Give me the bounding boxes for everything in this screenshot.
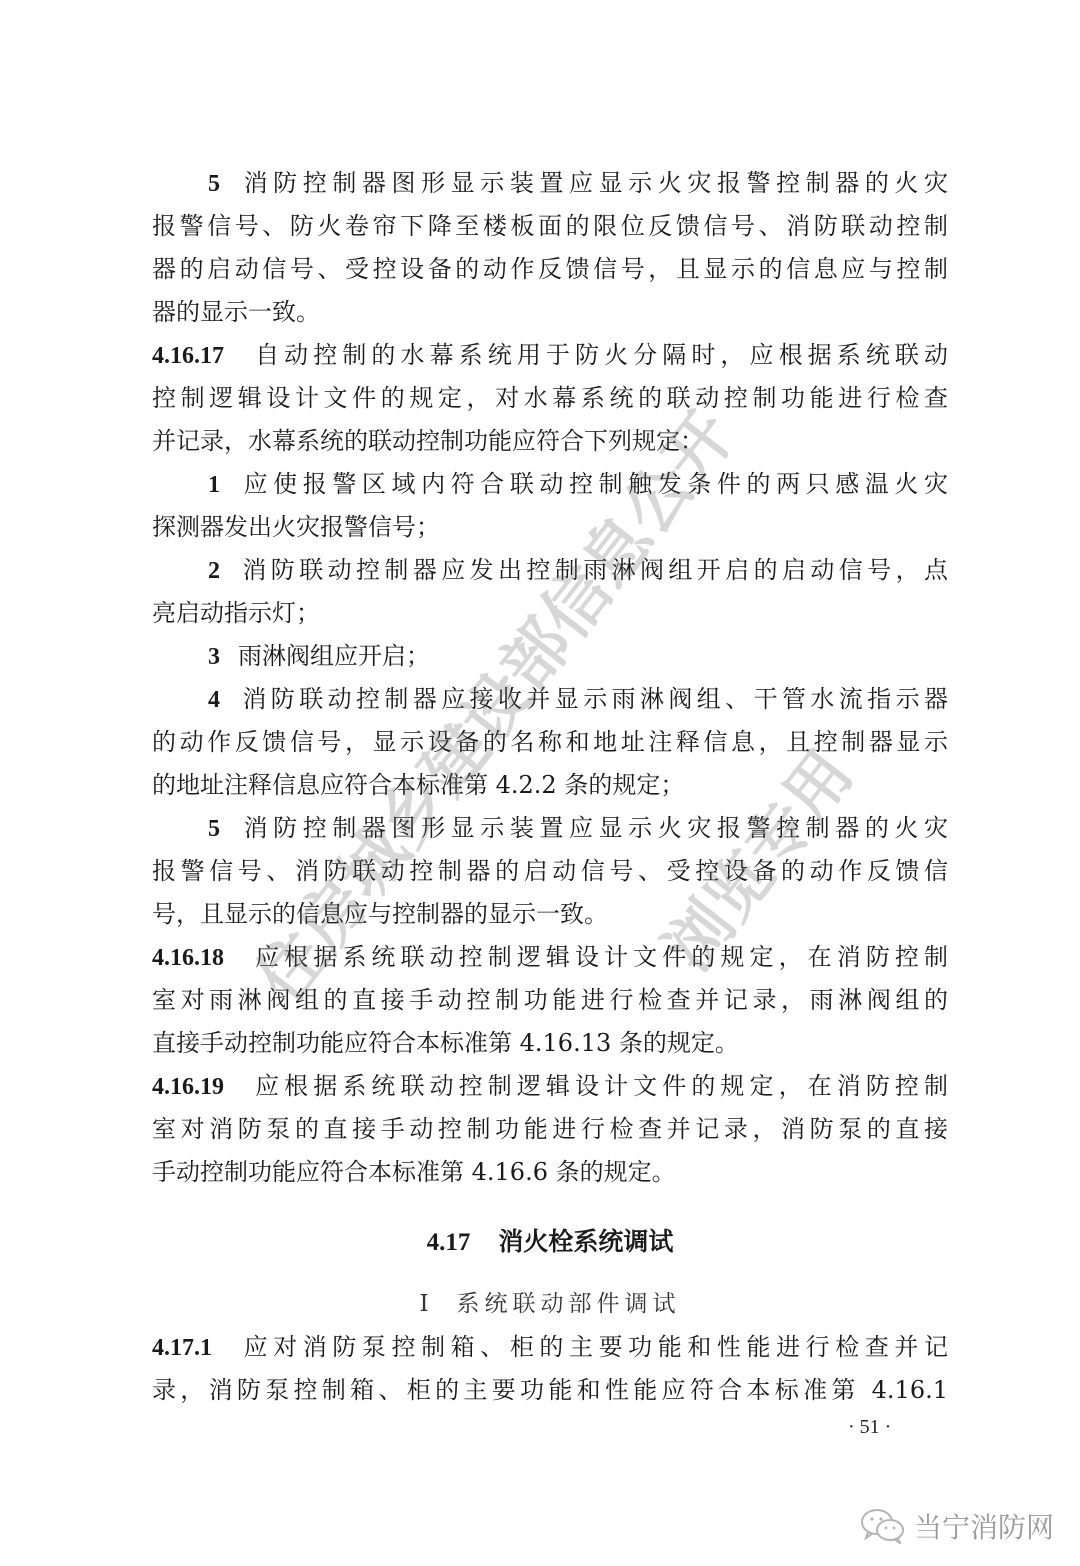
list-item: 1应使报警区域内符合联动控制触发条件的两只感温火灾 — [152, 463, 948, 506]
text-line: 器的启动信号、受控设备的动作反馈信号，且显示的信息应与控制 — [152, 248, 948, 291]
section-heading: 4.17消火栓系统调试 — [152, 1220, 948, 1264]
clause-number: 4.16.19 — [152, 1074, 224, 1100]
text-line: 手动控制功能应符合本标准第 4.16.6 条的规定。 — [152, 1151, 948, 1194]
text-line: 的地址注释信息应符合本标准第 4.2.2 条的规定； — [152, 764, 948, 807]
text-line: 报警信号、防火卷帘下降至楼板面的限位反馈信号、消防联动控制 — [152, 205, 948, 248]
text-line: 的动作反馈信号，显示设备的名称和地址注释信息，且控制器显示 — [152, 721, 948, 764]
sub-heading: Ⅰ系统联动部件调试 — [152, 1283, 948, 1326]
list-item: 3雨淋阀组应开启； — [152, 635, 948, 678]
clause-line: 4.16.18应根据系统联动控制逻辑设计文件的规定，在消防控制 — [152, 936, 948, 979]
text-line: 亮启动指示灯； — [152, 592, 948, 635]
text-line: 号，且显示的信息应与控制器的显示一致。 — [152, 893, 948, 936]
text-line: 室对雨淋阀组的直接手动控制功能进行检查并记录，雨淋阀组的 — [152, 979, 948, 1022]
clause-line: 4.17.1应对消防泵控制箱、柜的主要功能和性能进行检查并记 — [152, 1326, 948, 1369]
brand-watermark: 当宁消防网 — [860, 1506, 1054, 1546]
text-line: 直接手动控制功能应符合本标准第 4.16.13 条的规定。 — [152, 1022, 948, 1065]
text-line: 5消防控制器图形显示装置应显示火灾报警控制器的火灾 — [152, 162, 948, 205]
clause-number: 4.16.18 — [152, 945, 224, 971]
list-item: 4消防联动控制器应接收并显示雨淋阀组、干管水流指示器 — [152, 678, 948, 721]
text-line: 器的显示一致。 — [152, 291, 948, 334]
clause-number: 4.16.17 — [152, 343, 224, 369]
list-item: 5消防控制器图形显示装置应显示火灾报警控制器的火灾 — [152, 807, 948, 850]
brand-name: 当宁消防网 — [914, 1506, 1054, 1546]
clause-line: 4.16.17自动控制的水幕系统用于防火分隔时，应根据系统联动 — [152, 334, 948, 377]
text-line: 录，消防泵控制箱、柜的主要功能和性能应符合本标准第 4.16.1 — [152, 1369, 948, 1412]
text-line: 探测器发出火灾报警信号； — [152, 506, 948, 549]
clause-number: 4.17.1 — [152, 1335, 212, 1361]
page-number: · 51 · — [848, 1416, 891, 1439]
clause-line: 4.16.19应根据系统联动控制逻辑设计文件的规定，在消防控制 — [152, 1065, 948, 1108]
text-line: 控制逻辑设计文件的规定，对水幕系统的联动控制功能进行检查 — [152, 377, 948, 420]
wechat-icon — [860, 1508, 906, 1544]
text-line: 报警信号、消防联动控制器的启动信号、受控设备的动作反馈信 — [152, 850, 948, 893]
text-line: 并记录，水幕系统的联动控制功能应符合下列规定： — [152, 420, 948, 463]
text-line: 室对消防泵的直接手动控制功能进行检查并记录，消防泵的直接 — [152, 1108, 948, 1151]
list-item: 2消防联动控制器应发出控制雨淋阀组开启的启动信号，点 — [152, 549, 948, 592]
